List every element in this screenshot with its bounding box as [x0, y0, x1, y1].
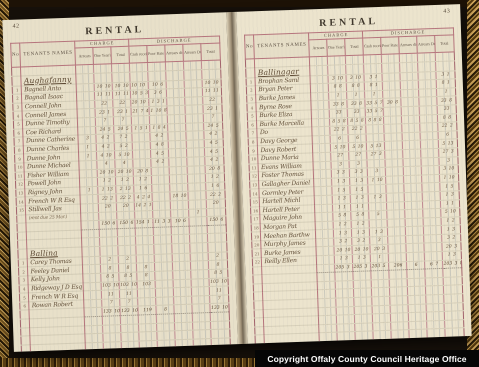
money-cell — [356, 340, 374, 344]
row-number-cell — [21, 336, 30, 345]
tenants-names-header: TENANTS NAMES — [20, 41, 76, 67]
money-cell — [392, 339, 410, 344]
row-number-cell: 19 — [252, 232, 261, 241]
money-cell — [202, 69, 220, 80]
row-number-cell: 6 — [14, 128, 23, 137]
money-cell — [208, 242, 226, 253]
row-number-cell: 4 — [247, 103, 256, 112]
row-number-cell: 21 — [252, 249, 261, 258]
row-number-cell: 3 — [19, 276, 28, 285]
row-number-cell: 11 — [249, 163, 258, 172]
row-number-cell — [255, 335, 264, 344]
row-number-cell — [253, 266, 262, 275]
money-cell — [184, 69, 202, 80]
money-cell — [158, 340, 176, 349]
money-cell — [190, 242, 208, 253]
tenant-name-cell — [31, 351, 86, 352]
column-header: Arrears — [309, 39, 328, 57]
ledger-book-spread: 42 RENTAL No.TENANTS NAMESCHARGEDISCHARG… — [2, 4, 471, 352]
row-number-cell: 13 — [250, 180, 259, 189]
row-number-cell: 2 — [13, 94, 22, 103]
row-number-cell: 11 — [16, 171, 25, 180]
row-number-cell: 10 — [249, 155, 258, 164]
row-number-cell: 7 — [248, 129, 257, 138]
column-header: Total — [111, 46, 130, 64]
money-cell — [154, 244, 172, 255]
row-number-cell — [255, 318, 264, 327]
money-cell — [410, 338, 428, 344]
ledger-page-left: 42 RENTAL No.TENANTS NAMESCHARGEDISCHARG… — [2, 12, 237, 352]
money-cell — [166, 70, 184, 81]
row-number-cell — [12, 67, 21, 76]
row-number-cell: 12 — [16, 180, 25, 189]
row-number-cell: 10 — [15, 163, 24, 172]
column-header: Total — [201, 43, 220, 61]
row-number-cell: 7 — [14, 137, 23, 146]
row-number-cell — [17, 214, 26, 223]
money-cell — [310, 65, 328, 76]
money-cell — [172, 243, 190, 254]
rental-table: No.TENANTS NAMESCHARGEDISCHARGEArrearsOn… — [244, 27, 464, 343]
money-cell — [130, 71, 148, 82]
money-cell — [338, 340, 356, 343]
row-number-cell: 15 — [251, 198, 260, 207]
row-number-cell: 2 — [247, 86, 256, 95]
column-header: Arrears Due — [417, 35, 436, 53]
money-cell — [418, 61, 436, 72]
column-header: One Year's rent ending 25 Mar. 1889 — [93, 47, 112, 65]
row-number-cell: 6 — [20, 302, 29, 311]
row-number-cell — [255, 326, 264, 335]
table-body: Ballinagar1Brophan Saml3 103 103 13 12Br… — [246, 52, 464, 344]
money-cell — [100, 246, 118, 257]
money-cell — [436, 60, 454, 71]
money-cell — [374, 339, 392, 344]
money-cell — [446, 337, 464, 344]
row-number-cell — [254, 284, 263, 293]
row-number-cell: 8 — [15, 146, 24, 155]
row-number-cell: 22 — [253, 258, 262, 267]
money-cell — [400, 62, 418, 73]
column-header: Cash received — [363, 37, 382, 55]
money-cell — [104, 341, 122, 350]
column-header: Total — [435, 35, 454, 53]
money-cell — [212, 346, 230, 352]
table-body: Aughafanny1Bagnell Anto10 1010 1010 10 1… — [12, 60, 230, 352]
row-number-cell — [254, 301, 263, 310]
column-header: Cash received — [129, 46, 148, 64]
money-cell — [194, 338, 212, 347]
row-number-cell: 1 — [13, 86, 22, 95]
row-number-cell: 8 — [249, 138, 258, 147]
row-number-cell: 14 — [250, 189, 259, 198]
row-number-cell — [254, 292, 263, 301]
money-cell — [112, 72, 130, 83]
row-number-cell — [21, 319, 30, 328]
money-cell — [194, 347, 212, 352]
row-number-cell: 18 — [252, 223, 261, 232]
money-cell — [76, 73, 94, 84]
money-cell — [158, 348, 176, 352]
row-number-cell: 5 — [20, 293, 29, 302]
row-number-cell: 1 — [246, 77, 255, 86]
ledger-page-right: 43 RENTAL No.TENANTS NAMESCHARGEDISCHARG… — [236, 4, 471, 344]
money-cell — [122, 349, 140, 351]
row-number-cell — [253, 275, 262, 284]
money-cell — [148, 71, 166, 82]
money-cell — [176, 339, 194, 348]
row-number-cell — [18, 240, 27, 249]
column-header: Arrears discharged — [165, 44, 184, 62]
money-cell — [176, 348, 194, 352]
column-header: Poor Rate allowed — [147, 45, 166, 63]
money-cell — [118, 245, 136, 256]
money-cell — [140, 340, 158, 349]
rental-table-left-container: No.TENANTS NAMESCHARGEDISCHARGEArrearsOn… — [10, 36, 231, 352]
tenants-names-header: TENANTS NAMES — [254, 33, 310, 59]
money-cell — [328, 64, 346, 75]
column-header: Total — [345, 38, 364, 56]
row-number-cell: 15 — [17, 206, 26, 215]
money-cell — [94, 72, 112, 83]
row-number-cell: 9 — [15, 154, 24, 163]
row-number-cell — [12, 76, 21, 86]
money-cell — [86, 351, 104, 352]
row-number-cell: 6 — [248, 120, 257, 129]
tenant-name-cell — [31, 343, 86, 352]
row-number-cell: 4 — [20, 284, 29, 293]
column-header: Arrears Due — [183, 44, 202, 62]
copyright-text: Copyright Offaly County Council Heritage… — [267, 354, 466, 364]
row-number-cell: 14 — [17, 197, 26, 206]
row-number-cell: 3 — [13, 103, 22, 112]
money-cell — [136, 244, 154, 255]
money-cell — [212, 338, 230, 347]
money-cell — [140, 349, 158, 352]
rental-table-right-container: No.TENANTS NAMESCHARGEDISCHARGEArrearsOn… — [244, 27, 465, 343]
rental-table: No.TENANTS NAMESCHARGEDISCHARGEArrearsOn… — [11, 36, 231, 352]
page-number-right: 43 — [443, 8, 450, 14]
row-number-cell: 3 — [247, 95, 256, 104]
column-header: Arrears discharged — [399, 36, 418, 54]
row-number-cell: 1 — [19, 259, 28, 268]
row-number-cell — [22, 345, 31, 352]
row-number-cell: 5 — [248, 112, 257, 121]
row-number-cell: 12 — [250, 172, 259, 181]
money-cell — [320, 341, 338, 344]
row-number-cell: 20 — [252, 241, 261, 250]
row-number-cell — [17, 223, 26, 232]
money-cell — [364, 63, 382, 74]
row-number-cell — [246, 67, 255, 77]
money-cell — [346, 64, 364, 75]
row-number-cell: 5 — [14, 120, 23, 129]
row-number-cell — [21, 327, 30, 336]
row-number-cell: 2 — [19, 267, 28, 276]
copyright-bar: Copyright Offaly County Council Heritage… — [255, 350, 479, 367]
row-number-cell — [20, 310, 29, 319]
row-number-cell — [18, 232, 27, 241]
row-number-cell: 9 — [249, 146, 258, 155]
page-number-left: 42 — [12, 23, 19, 29]
money-cell — [428, 337, 446, 343]
row-number-cell: 13 — [16, 189, 25, 198]
row-number-cell — [18, 249, 27, 259]
money-cell — [382, 62, 400, 73]
money-cell — [86, 342, 104, 351]
column-header: One Year's rent ending 25 Mar. 1889 — [327, 39, 346, 57]
row-number-cell: 17 — [251, 215, 260, 224]
money-cell — [104, 350, 122, 352]
money-cell — [122, 341, 140, 350]
row-number-cell: 16 — [251, 206, 260, 215]
column-header: Arrears — [75, 47, 94, 65]
column-header: Poor Rate allowed — [381, 37, 400, 55]
row-number-cell: 4 — [14, 111, 23, 120]
row-number-cell — [246, 59, 255, 68]
row-number-cell — [255, 309, 264, 318]
money-cell — [82, 246, 100, 257]
